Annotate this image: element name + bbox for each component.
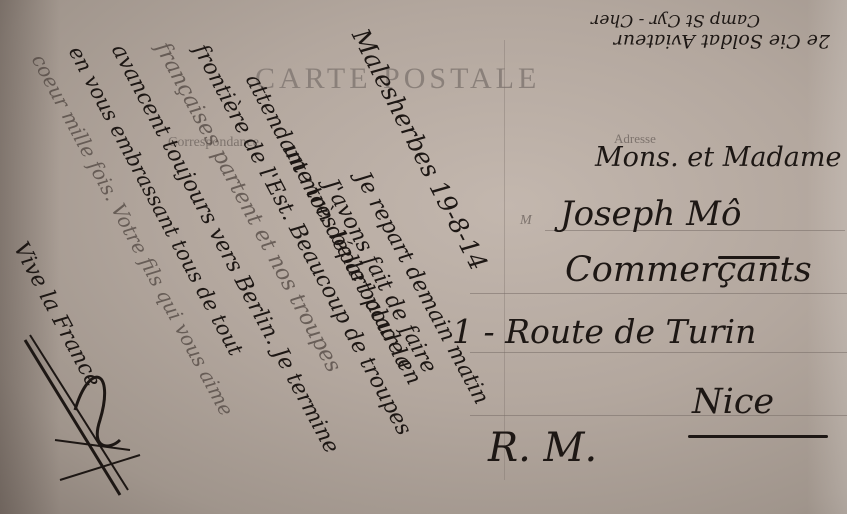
address-line-2: Joseph Mô [560, 194, 741, 234]
printed-m-label: M [520, 213, 532, 229]
address-rule-3 [470, 352, 847, 353]
address-initials: R. M. [488, 425, 597, 471]
address-line-4: 1 - Route de Turin [452, 312, 756, 351]
address-line-1: Mons. et Madame [595, 142, 841, 173]
sender-note-line1: 2e Cie Soldat Aviateur [614, 30, 830, 52]
postcard: CARTE POSTALE Correspondance Adresse M 2… [0, 0, 847, 514]
signature [20, 330, 160, 510]
address-rule-2 [470, 293, 847, 294]
address-line-3: Commerçants [565, 250, 812, 290]
address-line-5: Nice [692, 382, 774, 422]
address-rule-4 [470, 415, 847, 416]
sender-note-line2: Camp St Cyr - Cher [591, 10, 760, 30]
center-divider [504, 40, 505, 480]
city-underline [688, 435, 828, 438]
